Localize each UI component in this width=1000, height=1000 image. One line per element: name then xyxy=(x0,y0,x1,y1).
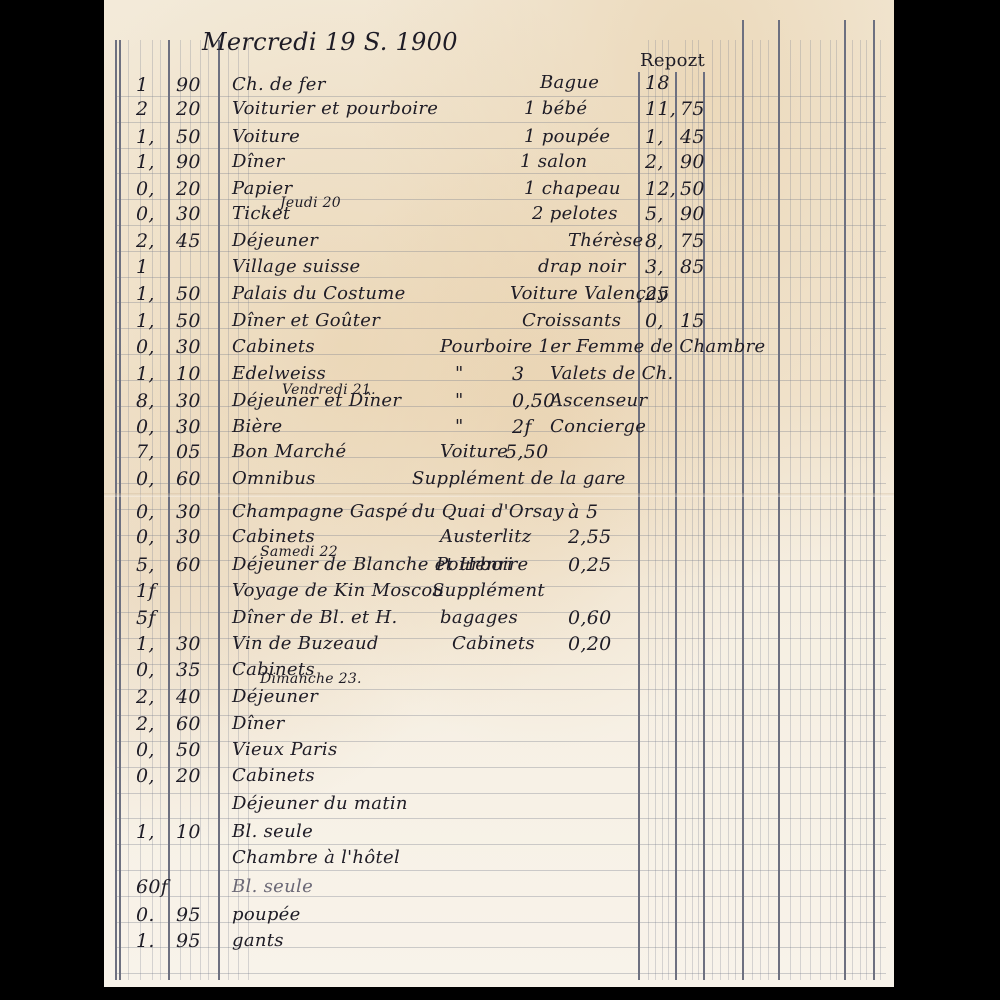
middle-entry-note: Valets de Ch. xyxy=(550,365,674,383)
entry-centimes: 20 xyxy=(176,767,201,786)
column-rule xyxy=(778,20,780,980)
middle-entry-description: Supplément de la gare xyxy=(412,470,626,488)
entry-centimes: 95 xyxy=(176,906,201,925)
entry-francs: 1 xyxy=(136,258,148,277)
report-centimes: 75 xyxy=(680,100,705,119)
entry-description: Bon Marché xyxy=(232,443,346,461)
entry-francs: 2, xyxy=(136,232,155,251)
day-heading: Vendredi 21. xyxy=(282,383,376,397)
entry-description: Déjeuner xyxy=(232,232,318,250)
entry-description: gants xyxy=(232,932,284,950)
page-title: Mercredi 19 S. 1900 xyxy=(202,30,458,54)
middle-entry-amount: 5,50 xyxy=(505,443,549,462)
middle-entry-amount: 0,50 xyxy=(512,392,556,411)
paper-fold xyxy=(104,493,894,497)
faint-column-rule xyxy=(128,40,129,980)
entry-centimes: 30 xyxy=(176,392,201,411)
column-rule xyxy=(844,20,846,980)
entry-description: Voyage de Kin Moscou xyxy=(232,582,444,600)
middle-entry-description: 2 pelotes xyxy=(532,205,618,223)
entry-francs: 2 xyxy=(136,100,148,119)
entry-francs: 0, xyxy=(136,470,155,489)
entry-francs: 1, xyxy=(136,153,155,172)
faint-column-rule xyxy=(820,40,821,980)
entry-francs: 1, xyxy=(136,365,155,384)
column-rule xyxy=(168,40,170,980)
entry-description: Bl. seule xyxy=(232,823,313,841)
entry-centimes: 90 xyxy=(176,76,201,95)
entry-centimes: 45 xyxy=(176,232,201,251)
middle-entry-description: Voiture xyxy=(440,443,508,461)
faint-column-rule xyxy=(860,40,861,980)
middle-entry-description: 1 bébé xyxy=(524,100,587,118)
report-francs: 8, xyxy=(645,232,664,251)
entry-centimes: 60 xyxy=(176,556,201,575)
middle-entry-description: Croissants xyxy=(522,312,621,330)
report-francs: 3, xyxy=(645,258,664,277)
entry-francs: 0, xyxy=(136,661,155,680)
report-centimes: 45 xyxy=(680,128,705,147)
column-rule xyxy=(119,40,121,980)
middle-entry-description: " xyxy=(455,418,464,436)
middle-entry-amount: 0,60 xyxy=(568,609,612,628)
middle-entry-description: bagages xyxy=(440,609,518,627)
middle-entry-description: 1 salon xyxy=(520,153,587,171)
entry-centimes: 30 xyxy=(176,338,201,357)
entry-description: Déjeuner xyxy=(232,688,318,706)
entry-description: Bière xyxy=(232,418,282,436)
middle-entry-description: Thérèse xyxy=(568,232,644,250)
ruled-line xyxy=(116,96,886,97)
entry-centimes: 10 xyxy=(176,823,201,842)
entry-description: Cabinets xyxy=(232,767,315,785)
faint-column-rule xyxy=(208,40,209,980)
entry-francs: 1f xyxy=(136,582,156,601)
column-rule xyxy=(115,40,117,980)
entry-francs: 1, xyxy=(136,128,155,147)
report-centimes: 90 xyxy=(680,153,705,172)
entry-francs: 0, xyxy=(136,528,155,547)
entry-centimes: 50 xyxy=(176,741,201,760)
middle-entry-description: drap noir xyxy=(538,258,626,276)
report-francs: 1, xyxy=(645,128,664,147)
middle-entry-note: Concierge xyxy=(550,418,646,436)
report-francs: 11, xyxy=(645,100,676,119)
entry-centimes: 50 xyxy=(176,312,201,331)
entry-description: Voiture xyxy=(232,128,300,146)
faint-column-rule xyxy=(720,40,721,980)
entry-francs: 0, xyxy=(136,338,155,357)
middle-entry-description: " xyxy=(455,392,464,410)
report-francs: 12, xyxy=(645,180,676,199)
ledger-page: Mercredi 19 S. 1900 Repozt 190Ch. de fer… xyxy=(104,0,894,987)
report-francs: 5, xyxy=(645,205,664,224)
entry-description: Voiturier et pourboire xyxy=(232,100,438,118)
faint-column-rule xyxy=(810,40,811,980)
entry-francs: 0, xyxy=(136,503,155,522)
faint-column-rule xyxy=(728,40,729,980)
entry-description: Déjeuner du matin xyxy=(232,795,408,813)
ruled-line xyxy=(116,844,886,845)
middle-entry-description: Pourboire 1er Femme de Chambre xyxy=(440,338,765,356)
entry-centimes: 05 xyxy=(176,443,201,462)
entry-francs: 2, xyxy=(136,688,155,707)
report-francs: 25 xyxy=(645,285,670,304)
faint-column-rule xyxy=(866,40,867,980)
ruled-line xyxy=(116,870,886,871)
entry-centimes: 90 xyxy=(176,153,201,172)
middle-entry-description: Bague xyxy=(540,74,599,92)
column-rule xyxy=(873,20,875,980)
faint-column-rule xyxy=(228,40,229,980)
entry-centimes: 40 xyxy=(176,688,201,707)
ruled-line xyxy=(116,225,886,226)
report-centimes: 50 xyxy=(680,180,705,199)
entry-description: Bl. seule xyxy=(232,878,313,896)
entry-description: Vin de Buzeaud xyxy=(232,635,379,653)
middle-entry-description: " xyxy=(455,365,464,383)
middle-entry-amount: 3 xyxy=(512,365,524,384)
report-francs: 0, xyxy=(645,312,664,331)
entry-centimes: 30 xyxy=(176,205,201,224)
entry-francs: 8, xyxy=(136,392,155,411)
entry-centimes: 60 xyxy=(176,715,201,734)
entry-francs: 1, xyxy=(136,312,155,331)
middle-entry-amount: 0,20 xyxy=(568,635,612,654)
column-rule xyxy=(675,72,677,980)
faint-column-rule xyxy=(735,40,736,980)
faint-column-rule xyxy=(800,40,801,980)
entry-description: Ch. de fer xyxy=(232,76,326,94)
middle-entry-description: Voiture Valençay xyxy=(510,285,668,303)
entry-description: poupée xyxy=(232,906,301,924)
entry-description: Champagne Gaspé xyxy=(232,503,408,521)
entry-centimes: 30 xyxy=(176,418,201,437)
entry-centimes: 95 xyxy=(176,932,201,951)
entry-centimes: 30 xyxy=(176,528,201,547)
faint-column-rule xyxy=(880,40,881,980)
entry-description: Village suisse xyxy=(232,258,361,276)
entry-description: Vieux Paris xyxy=(232,741,338,759)
day-heading: Jeudi 20 xyxy=(280,196,341,210)
middle-entry-description: Cabinets xyxy=(452,635,535,653)
faint-column-rule xyxy=(160,40,161,980)
middle-entry-description: Supplément xyxy=(432,582,545,600)
faint-column-rule xyxy=(830,40,831,980)
entry-centimes: 50 xyxy=(176,285,201,304)
ruled-line xyxy=(116,973,886,974)
faint-column-rule xyxy=(852,40,853,980)
middle-entry-amount: 2,55 xyxy=(568,528,612,547)
entry-francs: 1, xyxy=(136,635,155,654)
entry-description: Dîner de Bl. et H. xyxy=(232,609,398,627)
report-francs: 18 xyxy=(645,74,670,93)
entry-description: Edelweiss xyxy=(232,365,326,383)
entry-description: Dîner xyxy=(232,153,285,171)
middle-entry-note: Ascenseur xyxy=(550,392,647,410)
entry-centimes: 60 xyxy=(176,470,201,489)
faint-column-rule xyxy=(768,40,769,980)
faint-column-rule xyxy=(760,40,761,980)
ruled-line xyxy=(116,122,886,123)
middle-entry-amount: 2f xyxy=(512,418,532,437)
entry-francs: 5, xyxy=(136,556,155,575)
entry-francs: 0, xyxy=(136,418,155,437)
report-centimes: 75 xyxy=(680,232,705,251)
entry-francs: 0. xyxy=(136,906,155,925)
entry-centimes: 50 xyxy=(176,128,201,147)
faint-column-rule xyxy=(836,40,837,980)
entry-centimes: 35 xyxy=(176,661,201,680)
middle-entry-description: Pourboire xyxy=(436,556,529,574)
column-rule xyxy=(638,72,640,980)
report-header: Repozt xyxy=(640,52,705,70)
middle-entry-description: 1 chapeau xyxy=(524,180,621,198)
ruled-line xyxy=(116,148,886,149)
entry-francs: 0, xyxy=(136,741,155,760)
entry-francs: 1. xyxy=(136,932,155,951)
entry-francs: 7, xyxy=(136,443,155,462)
middle-entry-description: 1 poupée xyxy=(524,128,610,146)
middle-entry-description: du Quai d'Orsay xyxy=(412,503,564,521)
entry-francs: 5f xyxy=(136,609,156,628)
entry-francs: 1, xyxy=(136,285,155,304)
day-heading: Samedi 22 xyxy=(260,545,338,559)
faint-column-rule xyxy=(790,40,791,980)
entry-francs: 60f xyxy=(136,878,168,897)
entry-centimes: 30 xyxy=(176,503,201,522)
ruled-line xyxy=(116,818,886,819)
entry-francs: 1 xyxy=(136,76,148,95)
entry-description: Cabinets xyxy=(232,338,315,356)
faint-column-rule xyxy=(752,40,753,980)
middle-entry-amount: 0,25 xyxy=(568,556,612,575)
report-francs: 2, xyxy=(645,153,664,172)
entry-centimes: 30 xyxy=(176,635,201,654)
faint-column-rule xyxy=(712,40,713,980)
ruled-line xyxy=(116,173,886,174)
entry-francs: 1, xyxy=(136,823,155,842)
middle-entry-description: Austerlitz xyxy=(440,528,532,546)
ruled-line xyxy=(116,199,886,200)
entry-centimes: 20 xyxy=(176,100,201,119)
report-centimes: 85 xyxy=(680,258,705,277)
column-rule xyxy=(218,40,220,980)
column-rule xyxy=(742,20,744,980)
entry-description: Chambre à l'hôtel xyxy=(232,849,400,867)
entry-description: Omnibus xyxy=(232,470,316,488)
entry-description: Dîner et Goûter xyxy=(232,312,380,330)
entry-francs: 2, xyxy=(136,715,155,734)
entry-centimes: 20 xyxy=(176,180,201,199)
day-heading: Dimanche 23. xyxy=(260,672,362,686)
report-centimes: 15 xyxy=(680,312,705,331)
entry-description: Dîner xyxy=(232,715,285,733)
entry-francs: 0, xyxy=(136,767,155,786)
entry-description: Palais du Costume xyxy=(232,285,406,303)
entry-centimes: 10 xyxy=(176,365,201,384)
report-centimes: 90 xyxy=(680,205,705,224)
entry-francs: 0, xyxy=(136,180,155,199)
middle-entry-amount: à 5 xyxy=(568,503,598,522)
entry-francs: 0, xyxy=(136,205,155,224)
